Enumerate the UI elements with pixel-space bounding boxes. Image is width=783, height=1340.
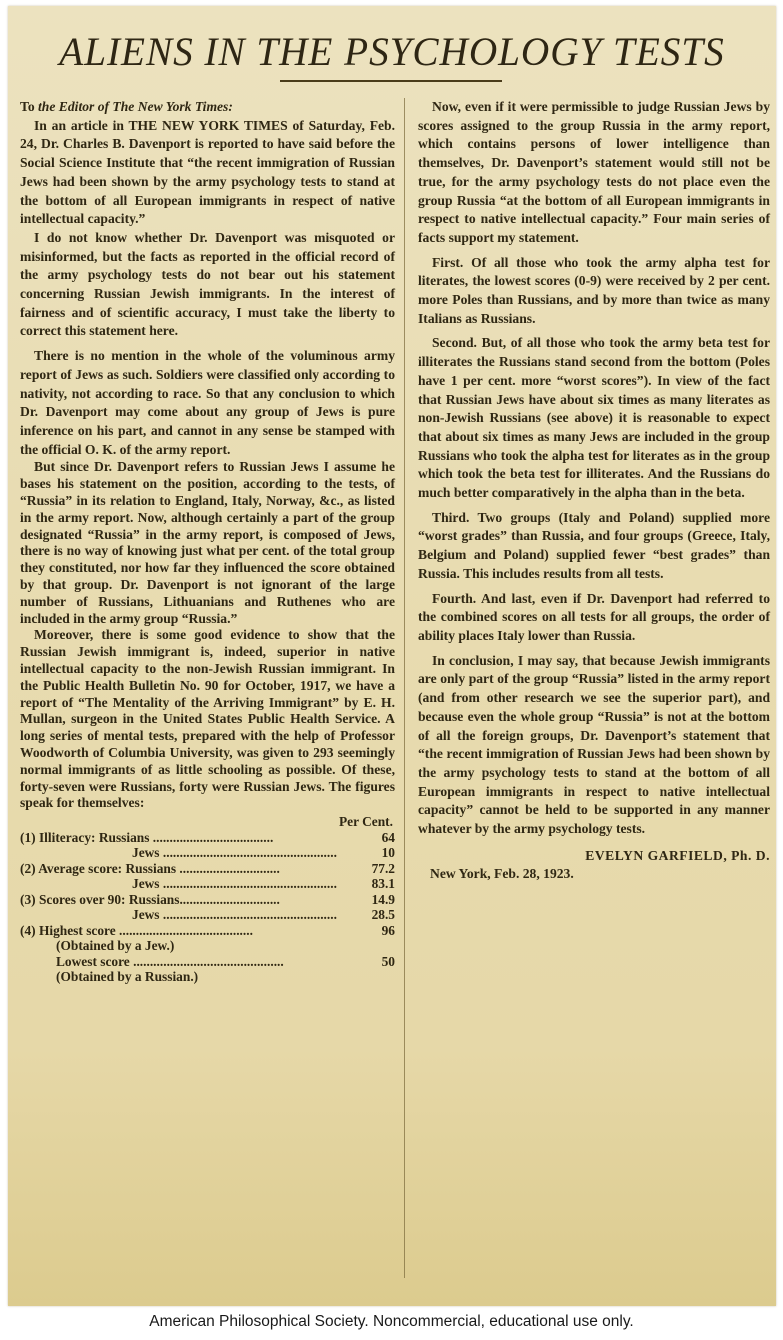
table-header: Per Cent. bbox=[20, 814, 395, 830]
headline: ALIENS IN THE PSYCHOLOGY TESTS bbox=[16, 28, 769, 75]
salutation: To the Editor of The New York Times: bbox=[20, 98, 395, 117]
headline-rule bbox=[280, 80, 502, 82]
table-row: Jews ...................................… bbox=[20, 845, 395, 861]
salutation-text: the Editor of The New York Times: bbox=[38, 99, 233, 114]
paragraph-third: Third. Two groups (Italy and Poland) sup… bbox=[418, 509, 770, 584]
table-note: (Obtained by a Russian.) bbox=[20, 969, 395, 985]
stats-table: Per Cent. (1) Illiteracy: Russians .....… bbox=[20, 814, 395, 985]
table-row: Jews ...................................… bbox=[20, 907, 395, 923]
paragraph-3: There is no mention in the whole of the … bbox=[20, 347, 395, 459]
table-note: (Obtained by a Jew.) bbox=[20, 938, 395, 954]
paragraph-2: I do not know whether Dr. Davenport was … bbox=[20, 229, 395, 341]
table-row: Lowest score ...........................… bbox=[20, 954, 395, 970]
salutation-to: To bbox=[20, 99, 35, 114]
right-column: Now, even if it were permissible to judg… bbox=[418, 98, 770, 884]
footer-credit: American Philosophical Society. Noncomme… bbox=[0, 1313, 783, 1331]
table-row: (1) Illiteracy: Russians ...............… bbox=[20, 830, 395, 846]
signature: EVELYN GARFIELD, Ph. D. bbox=[418, 847, 770, 866]
table-row: Jews ...................................… bbox=[20, 876, 395, 892]
paragraph-6: Now, even if it were permissible to judg… bbox=[418, 98, 770, 248]
newspaper-clipping: ALIENS IN THE PSYCHOLOGY TESTS To the Ed… bbox=[8, 6, 776, 1306]
paragraph-5: Moreover, there is some good evidence to… bbox=[20, 627, 395, 812]
left-column: To the Editor of The New York Times: In … bbox=[20, 98, 395, 985]
table-row: (2) Average score: Russians ............… bbox=[20, 861, 395, 877]
paragraph-1: In an article in THE NEW YORK TIMES of S… bbox=[20, 117, 395, 229]
table-row: (4) Highest score ......................… bbox=[20, 923, 395, 939]
dateline: New York, Feb. 28, 1923. bbox=[418, 865, 770, 884]
column-divider bbox=[404, 98, 405, 1278]
paragraph-fourth: Fourth. And last, even if Dr. Davenport … bbox=[418, 590, 770, 646]
paragraph-first: First. Of all those who took the army al… bbox=[418, 254, 770, 329]
table-row: (3) Scores over 90: Russians............… bbox=[20, 892, 395, 908]
paragraph-second: Second. But, of all those who took the a… bbox=[418, 334, 770, 502]
paragraph-4: But since Dr. Davenport refers to Russia… bbox=[20, 459, 395, 627]
paragraph-conclusion: In conclusion, I may say, that because J… bbox=[418, 652, 770, 839]
